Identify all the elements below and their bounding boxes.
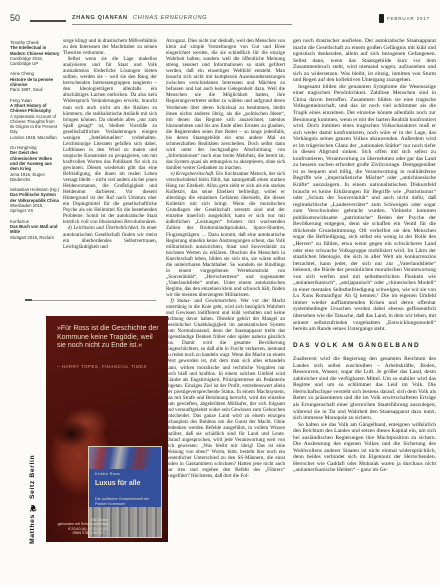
body-paragraph: Zuallererst wird die Regierung den gesam… bbox=[293, 356, 436, 421]
issue-date: FEBRUAR 2017 bbox=[379, 14, 430, 23]
section-heading: DAS VOLK AM GÄNGELBAND bbox=[293, 343, 436, 350]
body-paragraph: Arroganz. Dies nicht nur deshalb, weil d… bbox=[166, 38, 285, 171]
body-column-3: gen noch drastischer ausfielen. Der auto… bbox=[293, 38, 436, 584]
column-3-upper-text: gen noch drastischer ausfielen. Der auto… bbox=[293, 38, 436, 333]
advert-book-specs: 256 Seitengebunden mit Schutzumschlag€ 2… bbox=[50, 518, 108, 536]
body-paragraph: gen noch drastischer ausfielen. Der auto… bbox=[293, 38, 436, 84]
publisher-name-part2: Seitz Berlin bbox=[29, 455, 36, 499]
column-3-lower-text: Zuallererst wird die Regierung den gesam… bbox=[293, 356, 436, 474]
magazine-logo-icon bbox=[379, 14, 384, 23]
header-rule bbox=[30, 20, 66, 22]
body-paragraph: Selbst wenn sie die Lage makellos analys… bbox=[63, 56, 157, 225]
paragraph-lead: e) Kriegsbereitschaft. bbox=[171, 171, 216, 177]
body-paragraph: d) Leichtsinn und Überheblichkeit. In ei… bbox=[63, 225, 157, 249]
body-paragraph: f) Status- und Gewinnstreben. Wer vor de… bbox=[166, 298, 285, 479]
attribution-name: HARRY TOPES, bbox=[62, 364, 102, 369]
publisher-logo-icon: ❦ bbox=[28, 502, 37, 513]
advert-quote: »Für Ross ist die Geschichte der Kommune… bbox=[57, 325, 161, 351]
issue-date-label: FEBRUAR 2017 bbox=[387, 16, 430, 21]
body-paragraph: e) Kriegsbereitschaft. Ein furchtsamer M… bbox=[166, 171, 285, 298]
reference-item: KonfuziusDas Buch von Maß und MitteStutt… bbox=[10, 219, 60, 240]
book-advertisement: »Für Ross ist die Geschichte der Kommune… bbox=[46, 316, 168, 542]
body-paragraph: So halten sie das Volk am Gängelband, en… bbox=[293, 422, 436, 474]
body-column-1: sorge klingt und in drastischem Mißverhä… bbox=[63, 38, 157, 298]
cover-author: Kristin Ross bbox=[95, 471, 120, 476]
publisher-name-part1: Matthes bbox=[29, 514, 36, 544]
reference-item: Gu HongmingDer Geist des chinesischen Vo… bbox=[10, 145, 60, 182]
running-head-title: CHINAS ERNEUERUNG bbox=[133, 15, 207, 21]
magazine-page: 50 ZHANG QIANFAN CHINAS ERNEUERUNG FEBRU… bbox=[0, 0, 440, 585]
paragraph-lead: d) Leichtsinn und Überheblichkeit. bbox=[68, 225, 141, 231]
margin-references: Timothy CheekThe Intellectual in Modern … bbox=[10, 40, 60, 245]
cover-collage-top bbox=[89, 447, 161, 469]
reference-item: Sebastian Heilmann (Hg.)Das Politische S… bbox=[10, 187, 60, 213]
spec-line: ISBN 978-3-95757-… bbox=[50, 531, 108, 536]
advert-divider bbox=[25, 300, 156, 301]
body-paragraph: sorge klingt und in drastischem Mißverhä… bbox=[63, 38, 157, 56]
cover-subtitle: Die politische Gedankenwelt der Pariser … bbox=[95, 497, 157, 506]
body-paragraph: Insgesamt bilden die genannten Symptome … bbox=[293, 84, 436, 333]
publisher-name-vertical: Matthes ❦ Seitz Berlin bbox=[28, 302, 37, 544]
reference-item: Timothy CheekThe Intellectual in Modern … bbox=[10, 40, 60, 66]
reference-item: Anne ChengHistoire de la pensée chinoise… bbox=[10, 71, 60, 92]
body-column-2: Arroganz. Dies nicht nur deshalb, weil d… bbox=[166, 38, 285, 584]
running-head-author: ZHANG QIANFAN bbox=[72, 15, 128, 21]
advert-quote-attribution: – HARRY TOPES, FINANCIAL TIMES bbox=[57, 364, 161, 369]
page-number: 50 bbox=[10, 13, 20, 23]
reference-item: Feng YulanA Short History of Chinese Phi… bbox=[10, 98, 60, 140]
running-head: ZHANG QIANFAN CHINAS ERNEUERUNG bbox=[72, 15, 292, 25]
cover-title: Luxus für alle bbox=[95, 480, 141, 488]
attribution-source: FINANCIAL TIMES bbox=[102, 364, 147, 369]
paragraph-lead: f) Status- und Gewinnstreben. bbox=[171, 298, 241, 304]
